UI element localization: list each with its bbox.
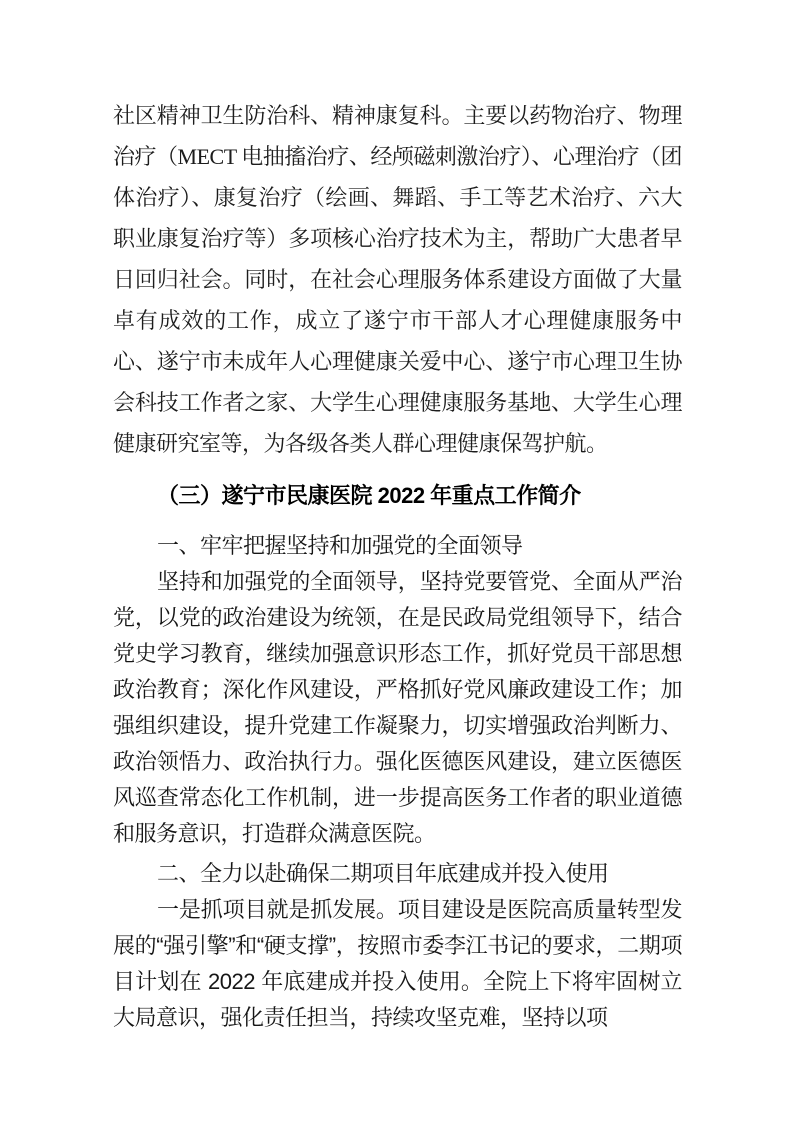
subsection-2-heading: 二、全力以赴确保二期项目年底建成并投入使用 (113, 856, 682, 892)
subsection-1-paragraph: 坚持和加强党的全面领导，坚持党要管党、全面从严治党，以党的政治建设为统领，在是民… (113, 564, 682, 852)
subsection-2-paragraph: 一是抓项目就是抓发展。项目建设是医院高质量转型发展的“强引擎”和“硬支撑”，按照… (113, 892, 682, 1036)
section-heading: （三）遂宁市民康医院 2022 年重点工作简介 (113, 478, 682, 514)
subsection-1-heading: 一、牢牢把握坚持和加强党的全面领导 (113, 528, 682, 564)
continuation-paragraph: 社区精神卫生防治科、精神康复科。主要以药物治疗、物理治疗（MECT 电抽搐治疗、… (113, 95, 682, 464)
document-page: 社区精神卫生防治科、精神康复科。主要以药物治疗、物理治疗（MECT 电抽搐治疗、… (0, 0, 794, 1122)
